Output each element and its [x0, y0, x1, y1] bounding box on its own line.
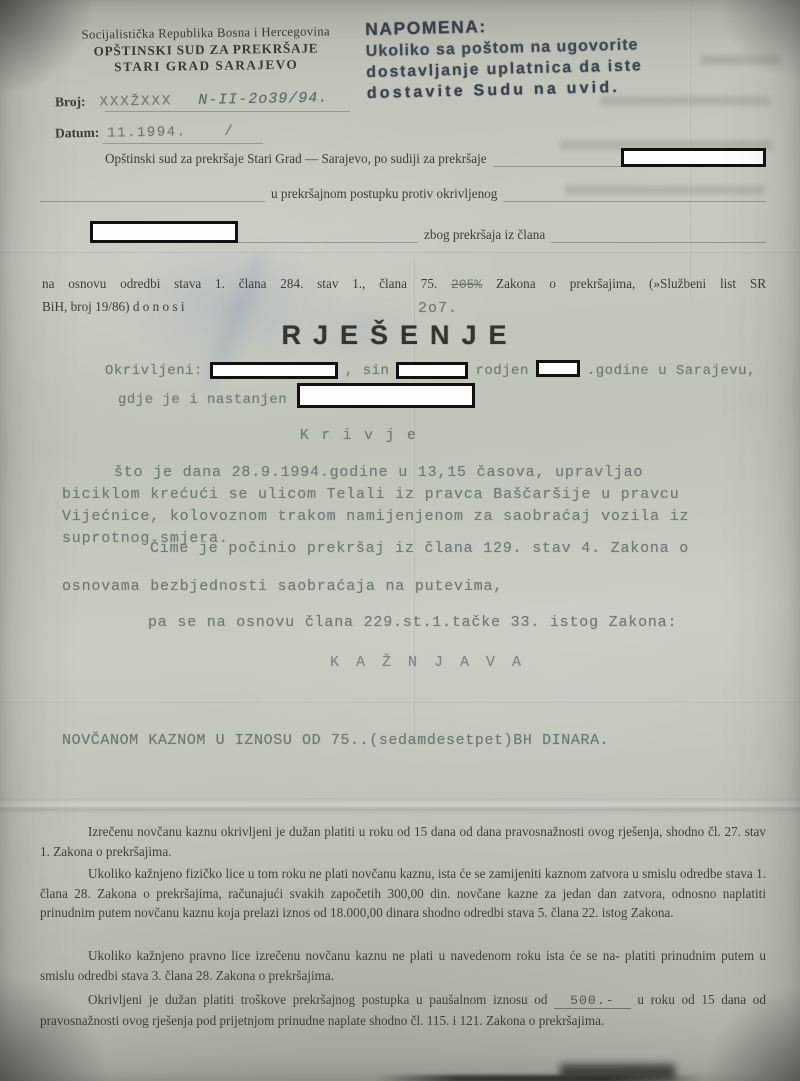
redaction-box — [210, 362, 338, 379]
ruled-line — [40, 200, 265, 202]
overstruck-number: 205% — [451, 277, 482, 292]
kriv-je-heading: K r i v j e — [300, 428, 418, 444]
offense-line: Vijećnice, kolovoznom trakom namijenjeno… — [62, 506, 689, 528]
okrivljeni-line-2: gdje je i nastanjen — [118, 383, 475, 408]
violation-clause-line-1: Čime je počinio prekršaj iz člana 129. s… — [150, 540, 689, 557]
photo-edge-shadow — [375, 1075, 705, 1081]
legal-basis-line-1: na osnovu odredbi stava 1. člana 284. st… — [42, 276, 766, 292]
typed-number: XXXŽXXX — [99, 93, 172, 110]
redaction-box — [621, 148, 766, 167]
intro-line-2: u prekršajnom postupku protiv okrivljeno… — [40, 186, 766, 202]
broj-label: Broj: — [55, 94, 86, 110]
intro-text-2: u prekršajnom postupku protiv okrivljeno… — [265, 186, 503, 202]
okrivljeni-mid2: rodjen — [475, 363, 528, 379]
intro-line-1: Opštinski sud za prekršaje Stari Grad — … — [40, 148, 766, 167]
case-number: N-II-2o39/94. — [198, 90, 328, 109]
redaction-box — [297, 383, 475, 408]
ruled-line — [103, 143, 263, 144]
bleedthrough-mark — [700, 55, 780, 65]
paper-crease — [0, 250, 800, 253]
legal-basis-line-2: BiH, broj 19/86) d o n o s i — [42, 299, 185, 315]
redaction-box — [536, 360, 580, 377]
ruled-line — [551, 241, 766, 243]
date-line: Datum:11.1994./ — [55, 122, 235, 142]
penalty-amount-line: NOVČANOM KAZNOM U IZNOSU OD 75..(sedamde… — [62, 732, 609, 749]
footer-paragraph: Izrečenu novčanu kaznu okrivljeni je duž… — [40, 822, 766, 861]
document-photo: Socijalistička Republika Bosna i Hercego… — [0, 0, 800, 1081]
typed-correction: 2o7. — [418, 300, 458, 317]
offense-line: biciklom krećući se ulicom Telali iz pra… — [62, 484, 689, 506]
paper-fold — [0, 798, 800, 814]
kaznjava-heading: K A Ž N J A V A — [330, 654, 525, 671]
legal-basis-part1: na osnovu odredbi stava 1. člana 284. st… — [42, 276, 437, 291]
intro-line-3: zbog prekršaja iz člana — [40, 221, 766, 243]
offense-description: što je dana 28.9.1994.godine u 13,15 čas… — [62, 462, 689, 550]
case-number-line: Broj:XXXŽXXXN-II-2o39/94. — [55, 90, 329, 112]
ruled-line — [105, 111, 350, 112]
typed-date: 11.1994. — [107, 124, 186, 141]
court-header: Socijalistička Republika Bosna i Hercego… — [48, 24, 365, 76]
napomena-stamp: NAPOMENA: Ukoliko sa poštom na ugovorite… — [365, 10, 707, 105]
offense-line: što je dana 28.9.1994.godine u 13,15 čas… — [62, 462, 689, 484]
intro-text-1: Opštinski sud za prekršaje Stari Grad — … — [40, 151, 493, 167]
footer-paragraph: Ukoliko kažnjeno pravno lice izrečenu no… — [40, 946, 766, 985]
okrivljeni-mid1: , sin — [345, 363, 390, 379]
paper-crease — [0, 700, 800, 703]
costs-amount: 500.- — [554, 993, 631, 1009]
legal-basis-part2: Zakona o prekršajima, (»Službeni list SR — [496, 276, 766, 291]
okrivljeni-end: .godine u Sarajevu, — [587, 363, 756, 379]
residence-text: gdje je i nastanjen — [118, 392, 287, 408]
ruled-line — [503, 200, 766, 202]
decision-title: RJEŠENJE — [0, 320, 800, 351]
okrivljeni-label: Okrivljeni: — [105, 363, 203, 379]
ruled-line — [238, 241, 418, 243]
date-suffix: / — [224, 123, 234, 139]
basis-clause: pa se na osnovu člana 229.st.1.tačke 33.… — [148, 614, 677, 631]
intro-text-3: zbog prekršaja iz člana — [418, 227, 551, 243]
violation-clause-line-2: osnovama bezbjednosti saobraćaja na pute… — [62, 578, 503, 595]
redaction-box — [90, 221, 238, 243]
costs-paragraph: Okrivljeni je dužan platiti troškove pre… — [40, 990, 766, 1030]
footer-paragraph: Ukoliko kažnjeno fizičko lice u tom roku… — [40, 864, 766, 923]
okrivljeni-line-1: Okrivljeni: , sin rodjen .godine u Saraj… — [105, 360, 756, 379]
ruled-line — [493, 165, 621, 167]
costs-text-before: Okrivljeni je dužan platiti troškove pre… — [88, 992, 547, 1007]
redaction-box — [396, 362, 468, 379]
datum-label: Datum: — [55, 125, 100, 141]
